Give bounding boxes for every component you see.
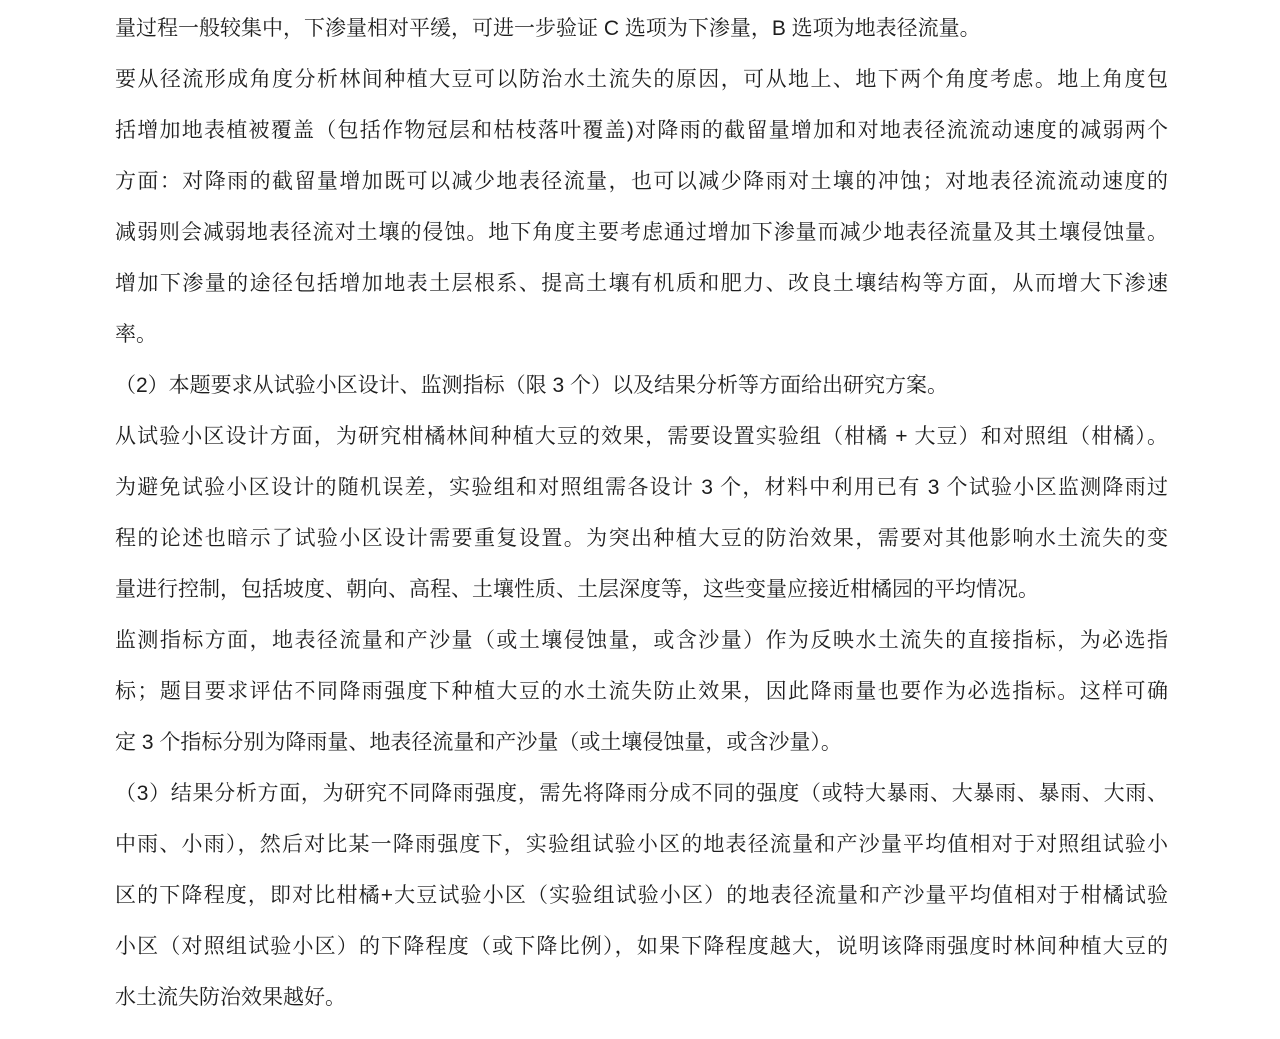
text-line: 水土流失防治效果越好。: [115, 972, 1168, 1023]
text-line: 从试验小区设计方面，为研究柑橘林间种植大豆的效果，需要设置实验组（柑橘 + 大豆…: [115, 411, 1168, 462]
text-line: 率。: [115, 309, 1168, 360]
text-line: 增加下渗量的途径包括增加地表土层根系、提高土壤有机质和肥力、改良土壤结构等方面，…: [115, 258, 1168, 309]
text-line: 程的论述也暗示了试验小区设计需要重复设置。为突出种植大豆的防治效果，需要对其他影…: [115, 513, 1168, 564]
text-line: 区的下降程度，即对比柑橘+大豆试验小区（实验组试验小区）的地表径流量和产沙量平均…: [115, 870, 1168, 921]
text-line: 量过程一般较集中，下渗量相对平缓，可进一步验证 C 选项为下渗量，B 选项为地表…: [115, 3, 1168, 54]
text-line: （3）结果分析方面，为研究不同降雨强度，需先将降雨分成不同的强度（或特大暴雨、大…: [115, 768, 1168, 819]
text-line: （2）本题要求从试验小区设计、监测指标（限 3 个）以及结果分析等方面给出研究方…: [115, 360, 1168, 411]
text-line: 监测指标方面，地表径流量和产沙量（或土壤侵蚀量，或含沙量）作为反映水土流失的直接…: [115, 615, 1168, 666]
text-line: 方面：对降雨的截留量增加既可以减少地表径流量，也可以减少降雨对土壤的冲蚀；对地表…: [115, 156, 1168, 207]
text-line: 减弱则会减弱地表径流对土壤的侵蚀。地下角度主要考虑通过增加下渗量而减少地表径流量…: [115, 207, 1168, 258]
text-line: 中雨、小雨），然后对比某一降雨强度下，实验组试验小区的地表径流量和产沙量平均值相…: [115, 819, 1168, 870]
text-line: 量进行控制，包括坡度、朝向、高程、土壤性质、土层深度等，这些变量应接近柑橘园的平…: [115, 564, 1168, 615]
text-line: 要从径流形成角度分析林间种植大豆可以防治水土流失的原因，可从地上、地下两个角度考…: [115, 54, 1168, 105]
text-line: 定 3 个指标分别为降雨量、地表径流量和产沙量（或土壤侵蚀量，或含沙量）。: [115, 717, 1168, 768]
text-line: 括增加地表植被覆盖（包括作物冠层和枯枝落叶覆盖)对降雨的截留量增加和对地表径流流…: [115, 105, 1168, 156]
text-line: 标；题目要求评估不同降雨强度下种植大豆的水土流失防止效果，因此降雨量也要作为必选…: [115, 666, 1168, 717]
document-page: 量过程一般较集中，下渗量相对平缓，可进一步验证 C 选项为下渗量，B 选项为地表…: [0, 0, 1280, 1039]
text-line: 小区（对照组试验小区）的下降程度（或下降比例），如果下降程度越大，说明该降雨强度…: [115, 921, 1168, 972]
text-line: 为避免试验小区设计的随机误差，实验组和对照组需各设计 3 个，材料中利用已有 3…: [115, 462, 1168, 513]
